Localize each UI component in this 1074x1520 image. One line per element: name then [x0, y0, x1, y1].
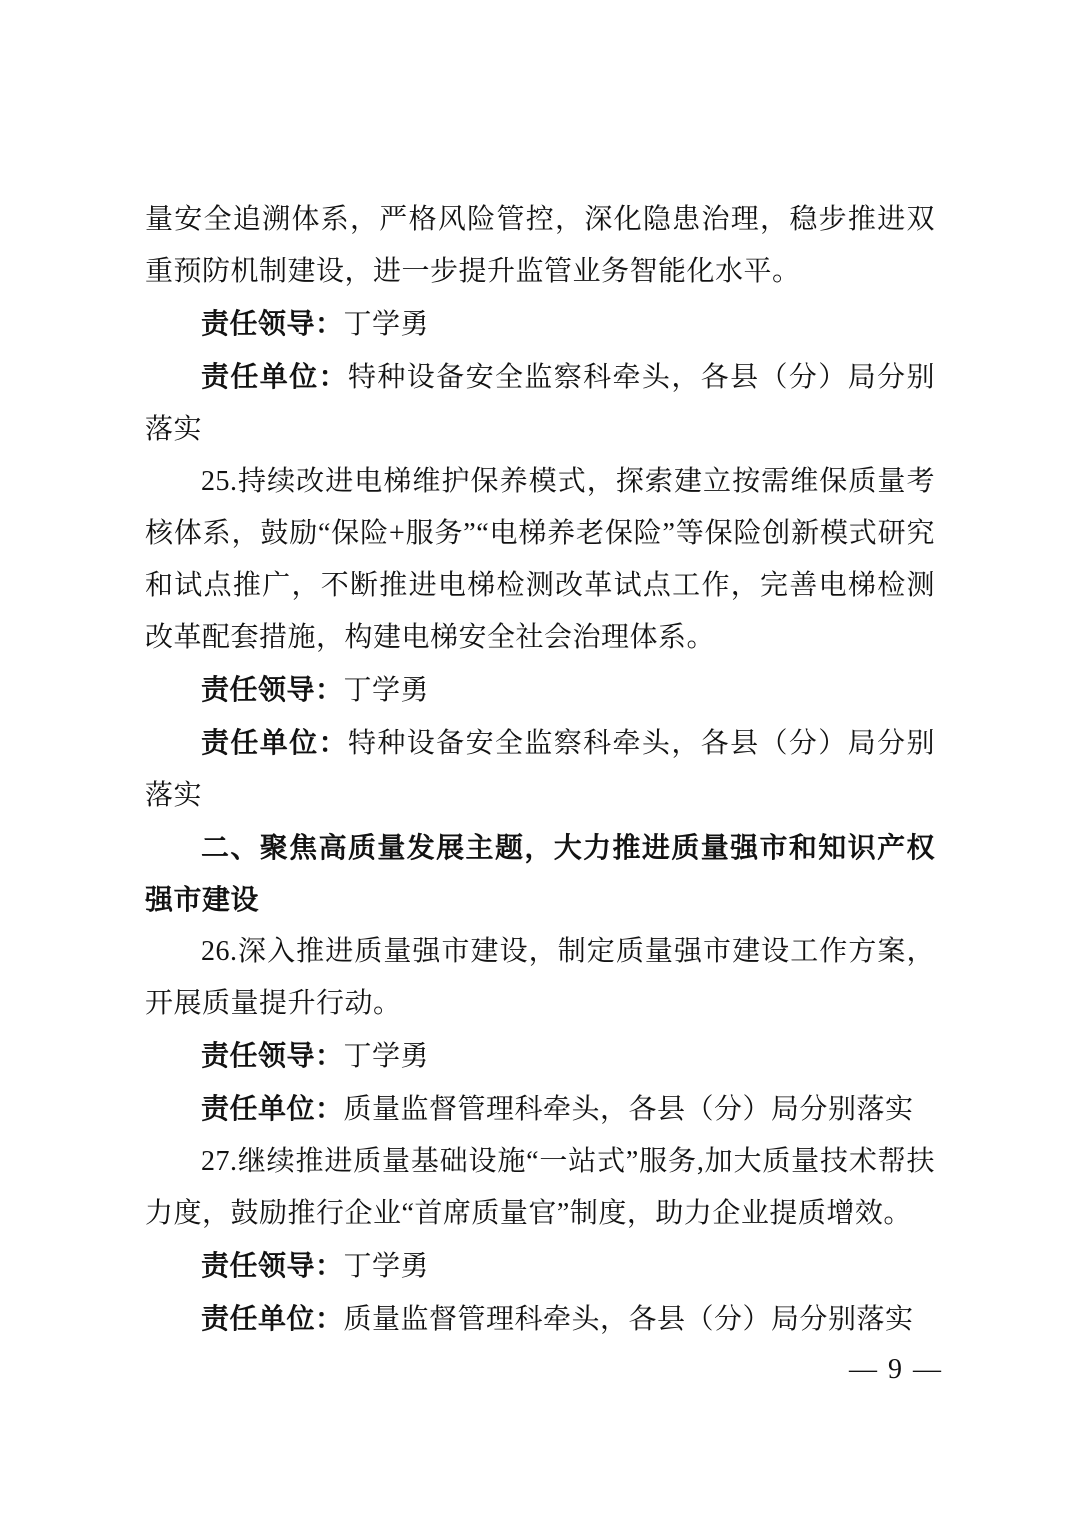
responsibility-unit-value: 质量监督管理科牵头，各县（分）局分别落实 — [344, 1304, 914, 1335]
responsibility-leader-line: 责任领导：丁学勇 — [145, 664, 935, 717]
paragraph-item-25: 25.持续改进电梯维护保养模式，探索建立按需维保质量考核体系，鼓励“保险+服务”… — [145, 456, 935, 664]
responsibility-unit-line: 责任单位：特种设备安全监察科牵头，各县（分）局分别落实 — [145, 717, 935, 822]
page-number: — 9 — — [849, 1352, 943, 1388]
responsibility-leader-value: 丁学勇 — [344, 1041, 430, 1072]
responsibility-leader-value: 丁学勇 — [344, 1251, 430, 1282]
responsibility-unit-line: 责任单位：特种设备安全监察科牵头，各县（分）局分别落实 — [145, 351, 935, 456]
section-heading-2: 二、聚焦高质量发展主题，大力推进质量强市和知识产权强市建设 — [145, 822, 935, 926]
paragraph-item-27: 27.继续推进质量基础设施“一站式”服务,加大质量技术帮扶力度，鼓励推行企业“首… — [145, 1136, 935, 1240]
responsibility-leader-line: 责任领导：丁学勇 — [145, 1240, 935, 1293]
responsibility-leader-label: 责任领导： — [201, 308, 344, 339]
document-page: 量安全追溯体系，严格风险管控，深化隐患治理，稳步推进双重预防机制建设，进一步提升… — [0, 0, 1074, 1520]
responsibility-unit-line: 责任单位：质量监督管理科牵头，各县（分）局分别落实 — [145, 1293, 935, 1346]
responsibility-unit-line: 责任单位：质量监督管理科牵头，各县（分）局分别落实 — [145, 1083, 935, 1136]
document-body: 量安全追溯体系，严格风险管控，深化隐患治理，稳步推进双重预防机制建设，进一步提升… — [145, 194, 935, 1346]
responsibility-unit-value: 质量监督管理科牵头，各县（分）局分别落实 — [344, 1094, 914, 1125]
responsibility-leader-value: 丁学勇 — [344, 675, 430, 706]
paragraph-continuation: 量安全追溯体系，严格风险管控，深化隐患治理，稳步推进双重预防机制建设，进一步提升… — [145, 194, 935, 298]
responsibility-leader-line: 责任领导：丁学勇 — [145, 298, 935, 351]
responsibility-unit-label: 责任单位： — [201, 361, 348, 392]
responsibility-leader-line: 责任领导：丁学勇 — [145, 1030, 935, 1083]
paragraph-item-26: 26.深入推进质量强市建设，制定质量强市建设工作方案，开展质量提升行动。 — [145, 926, 935, 1030]
responsibility-leader-value: 丁学勇 — [344, 309, 430, 340]
responsibility-leader-label: 责任领导： — [201, 1250, 344, 1281]
responsibility-leader-label: 责任领导： — [201, 1040, 344, 1071]
responsibility-unit-label: 责任单位： — [201, 727, 348, 758]
responsibility-unit-label: 责任单位： — [201, 1303, 344, 1334]
responsibility-leader-label: 责任领导： — [201, 674, 344, 705]
responsibility-unit-label: 责任单位： — [201, 1093, 344, 1124]
